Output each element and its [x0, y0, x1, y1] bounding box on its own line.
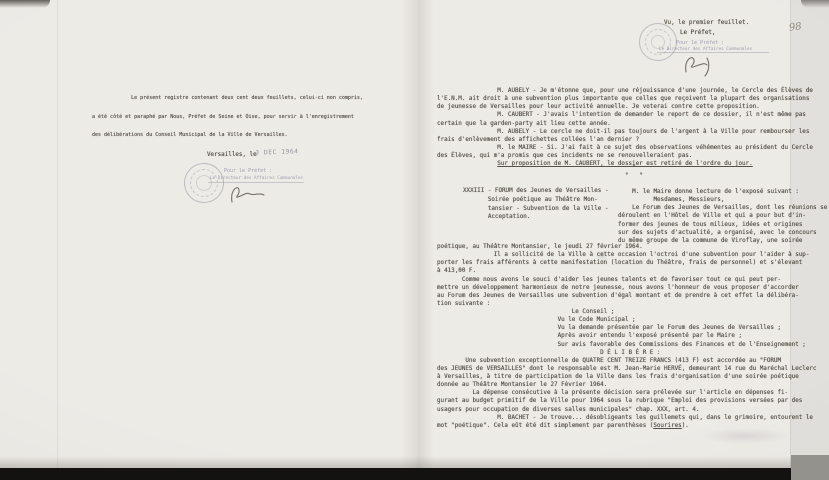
- text-line: certain que la garden-party ait lieu cet…: [437, 120, 813, 128]
- vu-premier-feuillet-line: Vu, le premier feuillet.: [664, 20, 749, 26]
- text-line: sur des sujets d'actualité, a organisé, …: [618, 229, 827, 237]
- bottom-page-shadow: [0, 456, 829, 468]
- text-line: tansier - Subvention de la Ville -: [463, 205, 608, 214]
- stamp-pour-le-prefet: Pour le Préfet :: [676, 40, 724, 46]
- text-line: mettre un développement harmonieux de no…: [437, 284, 816, 292]
- text-line: Une subvention exceptionnelle de QUATRE …: [437, 357, 816, 365]
- text-line: M. le Maire donne lecture de l'exposé su…: [618, 188, 827, 196]
- closing-remark: M. BACHET - Je trouve... désobligeants l…: [437, 414, 813, 431]
- text-line: tion suivante :: [437, 300, 816, 308]
- text-line: à Versailles, à titre de participation d…: [437, 373, 816, 381]
- text-line: des JEUNES de VERSAILLES" dont le respon…: [437, 365, 816, 373]
- text-line: à 413,00 F.: [437, 267, 816, 275]
- dateline: Versailles, le: [207, 152, 257, 158]
- expose-opening-column: M. le Maire donne lecture de l'exposé su…: [618, 188, 827, 245]
- text-line: usagers pour occupation de diverses sall…: [437, 406, 816, 414]
- text-line: Acceptation.: [463, 213, 608, 222]
- text-line: de jeunesse de Versailles pour leur acti…: [437, 103, 813, 111]
- scanner-bed-strip: [0, 468, 791, 480]
- text-line: XXXIII - FORUM des Jeunes de Versailles …: [463, 187, 608, 196]
- text-line: La dépense consécutive à la présente déc…: [437, 389, 816, 397]
- date-stamp: -3 DEC 1964: [251, 148, 299, 157]
- text-line: M. AUBELY - Le cercle ne doit-il pas tou…: [437, 128, 813, 136]
- text-line: frais d'enlèvement des affichettes collé…: [437, 136, 813, 144]
- text-line: des Élèves, qui m'a promis que ces incid…: [437, 152, 813, 160]
- text-line: gurant au budget primitif de la Ville po…: [437, 397, 816, 405]
- text-line: l'E.N.M. ait droit à une subvention plus…: [437, 95, 813, 103]
- text-line: des délibérations du Conseil Municipal d…: [92, 126, 363, 145]
- text-line: Comme nous avons le souci d'aider les je…: [437, 276, 816, 284]
- text-line: M. CAUBERT - J'avais l'intention de dema…: [437, 111, 813, 119]
- scanner-corner-bottom-right: [791, 455, 829, 480]
- text-line: Vu le Code Municipal ;: [437, 316, 816, 324]
- prefecture-seal-icon: [181, 160, 226, 205]
- folio-number: 98: [788, 21, 802, 33]
- section-separator: °° °: [593, 164, 675, 180]
- text-line: Sur avis favorable des Commissions des F…: [437, 341, 816, 349]
- left-page-edge: [57, 0, 58, 468]
- text-line: Après avoir entendu l'exposé présenté pa…: [437, 332, 816, 340]
- text-line: Il a sollicité de la Ville à cette occas…: [437, 251, 816, 259]
- text-line: poétique, au Théâtre Montansier, le jeud…: [437, 243, 816, 251]
- text-line: au Forum des Jeunes de Versailles une su…: [437, 292, 816, 300]
- deliberation-margin-heading: XXXIII - FORUM des Jeunes de Versailles …: [463, 187, 608, 222]
- text-line: Le Forum des Jeunes de Versailles, dont …: [618, 204, 827, 212]
- register-certification-paragraph: Le présent registre contenant deux cent …: [92, 89, 363, 145]
- deliberation-body: poétique, au Théâtre Montansier, le jeud…: [437, 243, 816, 414]
- scanner-corner-top-left: [0, 0, 50, 8]
- text-line: mot "poétique". Cela eût été dit simplem…: [437, 422, 813, 430]
- text-line: Mesdames, Messieurs,: [618, 196, 827, 204]
- prefecture-seal-icon: [637, 21, 679, 63]
- page-gutter-shadow: [400, 0, 434, 468]
- text-line: porter les frais afférents à cette manif…: [437, 259, 816, 267]
- text-line: Le Conseil ;: [437, 308, 816, 316]
- signature-icon: [226, 182, 266, 208]
- text-line: déroulent en l'Hôtel de Ville et qui a p…: [618, 212, 827, 220]
- text-line: Vu la demande présentée par le Forum des…: [437, 324, 816, 332]
- text-line: Soirée poétique au Théâtre Mon-: [463, 196, 608, 205]
- text-line: a été côté et paraphé par Nous, Préfet d…: [92, 108, 363, 127]
- text-line: D É L I B È R E :: [437, 349, 816, 357]
- text-line: M. BACHET - Je trouve... désobligeants l…: [437, 414, 813, 422]
- stamp-directeur-affaires-communales: Le Directeur des Affaires Communales: [210, 176, 303, 181]
- signature-icon: [678, 50, 716, 80]
- council-debate-paragraphs: M. AUBELY - Je m'étonne que, pour une ré…: [437, 87, 813, 169]
- text-line: ° °: [593, 172, 675, 180]
- text-line: °: [593, 164, 675, 172]
- scanner-corner-top-right: [801, 0, 829, 8]
- text-line: former des jeunes de tous milieux, idées…: [618, 221, 827, 229]
- le-prefet-line: Le Préfet,: [680, 30, 715, 36]
- text-line: M. AUBELY - Je m'étonne que, pour une ré…: [437, 87, 813, 95]
- text-line: M. le MAIRE - Si. J'ai fait à ce sujet d…: [437, 144, 813, 152]
- text-line: donnée au Théâtre Montansier le 27 Févri…: [437, 381, 816, 389]
- stamp-pour-le-prefet: Pour le Préfet :: [224, 168, 272, 174]
- scanned-register-spread: Le présent registre contenant deux cent …: [0, 0, 829, 480]
- text-line: Le présent registre contenant deux cent …: [92, 89, 363, 108]
